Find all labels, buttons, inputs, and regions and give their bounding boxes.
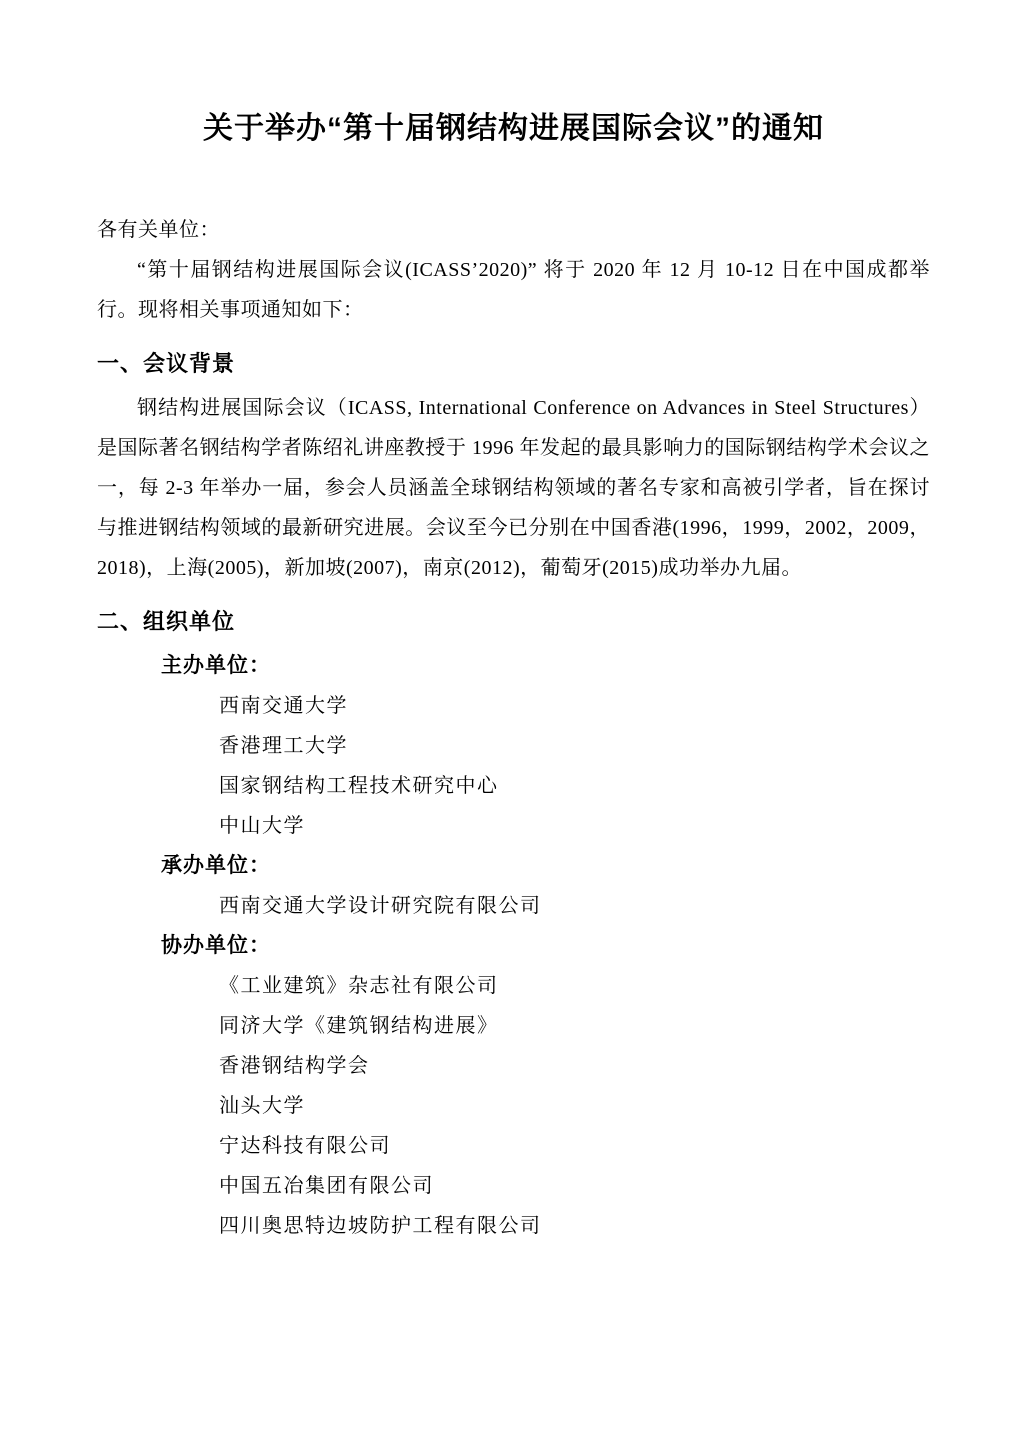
org-group-organizer-label: 承办单位： [161,846,930,886]
section-1-heading: 一、会议背景 [97,346,930,382]
org-item: 汕头大学 [219,1086,930,1126]
section-2-heading: 二、组织单位 [97,604,930,640]
salutation-line: 各有关单位： [97,210,930,250]
org-item: 西南交通大学设计研究院有限公司 [219,886,930,926]
org-group-hosts-label: 主办单位： [161,646,930,686]
org-item: 中山大学 [219,806,930,846]
org-group-hosts: 主办单位： 西南交通大学 香港理工大学 国家钢结构工程技术研究中心 中山大学 [97,646,930,846]
org-item: 香港钢结构学会 [219,1046,930,1086]
org-item: 《工业建筑》杂志社有限公司 [219,966,930,1006]
org-item: 西南交通大学 [219,686,930,726]
section-1-body: 钢结构进展国际会议（ICASS, International Conferenc… [97,388,930,588]
org-item: 中国五冶集团有限公司 [219,1166,930,1206]
intro-paragraph: “第十届钢结构进展国际会议(ICASS’2020)” 将于 2020 年 12 … [97,250,930,330]
org-item: 国家钢结构工程技术研究中心 [219,766,930,806]
document-content: 关于举办“第十届钢结构进展国际会议”的通知 各有关单位： “第十届钢结构进展国际… [0,0,1024,1246]
org-item: 宁达科技有限公司 [219,1126,930,1166]
document-page: 关于举办“第十届钢结构进展国际会议”的通知 各有关单位： “第十届钢结构进展国际… [0,0,1024,1447]
org-item: 香港理工大学 [219,726,930,766]
document-title: 关于举办“第十届钢结构进展国际会议”的通知 [97,0,930,152]
org-group-co-organizers: 协办单位： 《工业建筑》杂志社有限公司 同济大学《建筑钢结构进展》 香港钢结构学… [97,926,930,1246]
org-group-co-organizers-label: 协办单位： [161,926,930,966]
org-group-organizer: 承办单位： 西南交通大学设计研究院有限公司 [97,846,930,926]
org-item: 同济大学《建筑钢结构进展》 [219,1006,930,1046]
org-item: 四川奥思特边坡防护工程有限公司 [219,1206,930,1246]
